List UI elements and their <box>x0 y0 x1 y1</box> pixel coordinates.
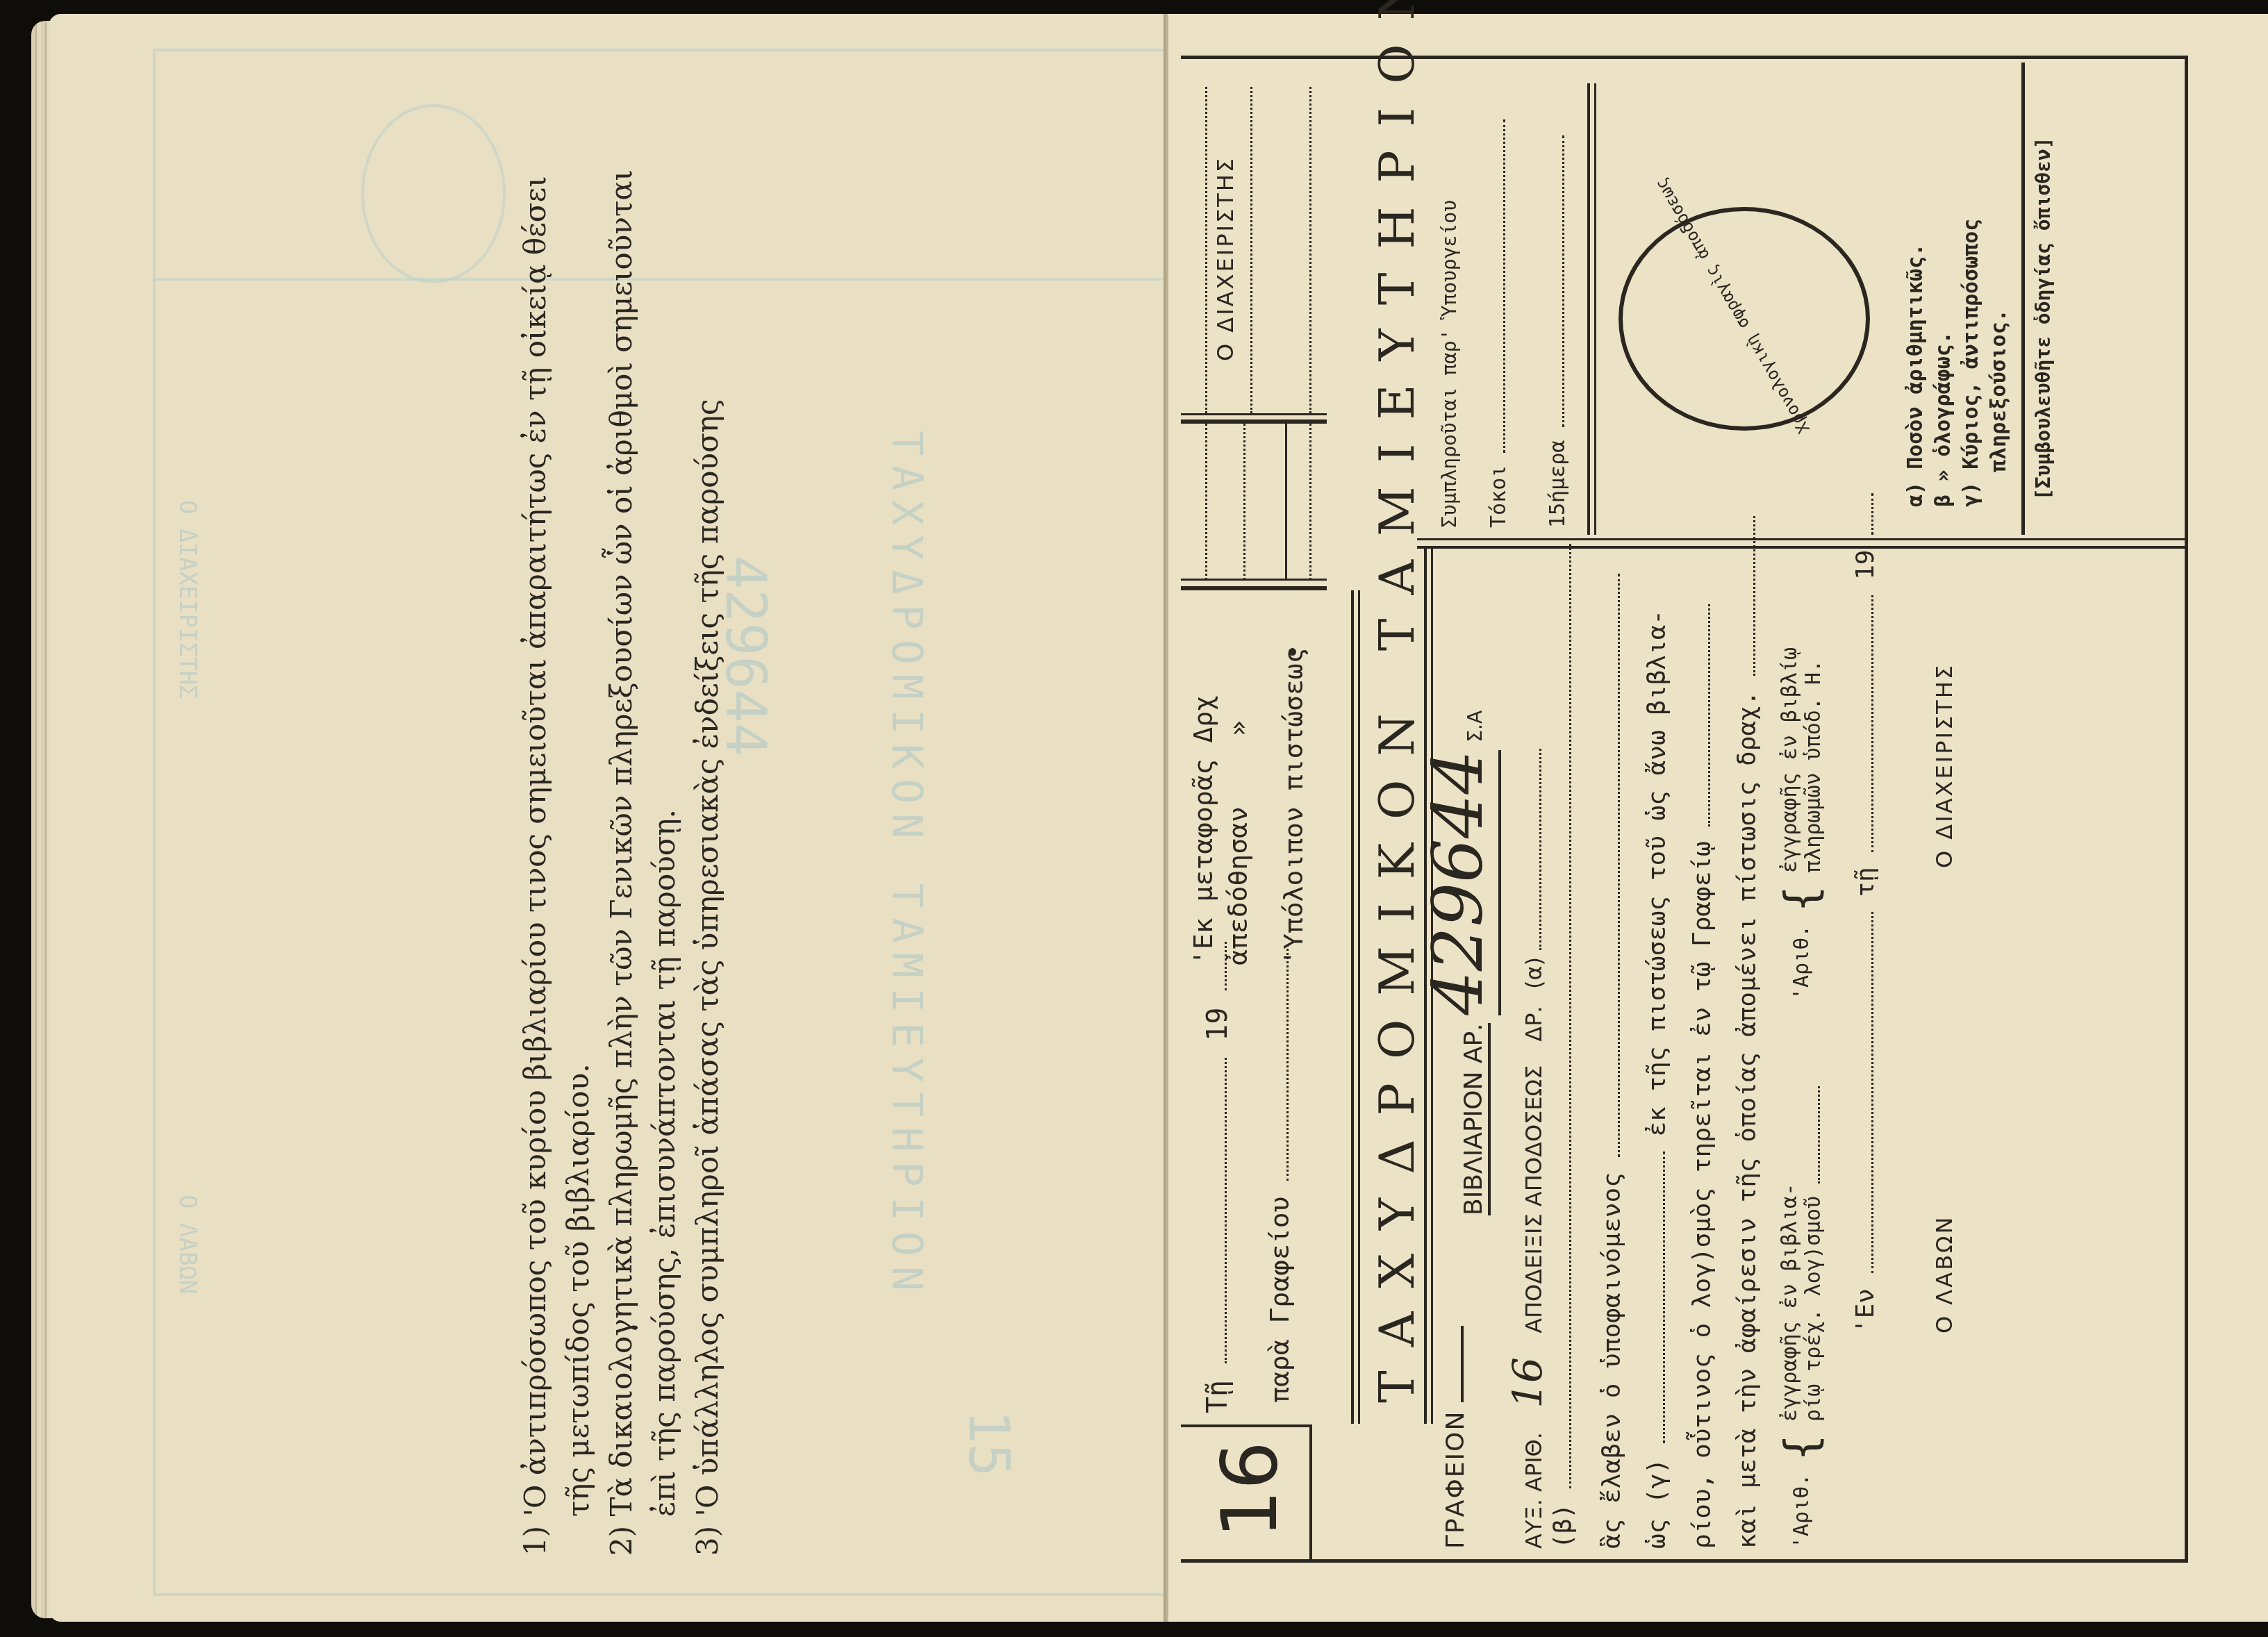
interest-field[interactable] <box>1503 119 1505 453</box>
date-field-main[interactable] <box>1871 595 1873 852</box>
entry-left-2: ρίῳ τρέχ. λογ)σμοῦ <box>1801 1196 1826 1422</box>
booklet-suffix: Σ.Α <box>1464 711 1487 742</box>
year-prefix: 19 <box>1202 1007 1234 1040</box>
interest-row: Τόκοι <box>1487 119 1511 528</box>
entry-left-field[interactable] <box>1818 1086 1820 1183</box>
footer-rule <box>2021 63 2025 535</box>
line-account-text: ρίου, οὗτινος ὁ λογ)σμὸς τηρεῖται ἐν τῷ … <box>1688 841 1716 1549</box>
manager-dots-3 <box>1309 87 1311 413</box>
receipt-label: ΑΠΟΔΕΙΞΙΣ ΑΠΟΔΟΣΕΩΣ <box>1521 1065 1547 1333</box>
box-number: 16 <box>1205 1441 1294 1538</box>
entry-left-label: 'Αριθ. <box>1789 1474 1814 1549</box>
line-received: ἃς ἔλαβεν ὁ ὑποφαινόμενος <box>1598 574 1626 1549</box>
ghost-stamp <box>361 104 506 283</box>
grid-dots-4 <box>1309 424 1311 580</box>
year-field-main[interactable] <box>1871 493 1873 535</box>
ghost-title: ΤΑΧΥΔΡΟΜΙΚΟΝ ΤΑΜΙΕΥΤΗΡΙΟΝ <box>882 431 931 1301</box>
grid-rule-4 <box>1181 413 1327 415</box>
amount-label: ΔΡ. <box>1521 1006 1547 1041</box>
side-panel-rule-a <box>1417 546 2185 549</box>
note-b: β » ὁλογράφως. <box>1931 331 1955 507</box>
top-double-rule-b <box>1358 590 1360 1424</box>
grid-rule-1 <box>1181 586 1327 590</box>
place-field[interactable] <box>1871 912 1873 1273</box>
line-balance-text: καὶ μετὰ τὴν ἀφαίρεσιν τῆς ὁποίας ἀπομέν… <box>1733 691 1762 1549</box>
fill-note: Συμπληροῦται παρ' Ὑπουργείου <box>1438 200 1461 528</box>
office-from-label: παρὰ Γραφείου <box>1264 1197 1295 1403</box>
returned-label: ἀπεδόθησαν <box>1223 806 1253 965</box>
line-received-text: ἃς ἔλαβεν ὁ ὑποφαινόμενος <box>1598 1172 1626 1549</box>
line-g-prefix: ὡς (γ) <box>1643 1459 1671 1549</box>
line-account: ρίου, οὗτινος ὁ λογ)σμὸς τηρεῖται ἐν τῷ … <box>1688 604 1716 1549</box>
date-label: τῇ <box>1851 867 1880 897</box>
balance-dot: • <box>1278 644 1309 660</box>
line-g: ὡς (γ) ἐκ τῆς πιστώσεως τοῦ ὡς ἄνω βιβλι… <box>1643 610 1671 1549</box>
ghost-box-number: 15 <box>957 1410 1021 1477</box>
interest-label: Τόκοι <box>1487 465 1511 528</box>
amount-field[interactable] <box>1539 749 1541 950</box>
te-label: Τῇ 19 <box>1202 942 1234 1413</box>
office-row: παρὰ Γραφείου <box>1264 945 1295 1403</box>
line-account-field[interactable] <box>1708 604 1710 826</box>
entry-right: 'Αριθ. { ἐγγραφῆς ἐν βιβλίῳ πληρωμῶν ὑπό… <box>1778 647 1826 1000</box>
note-c2: πληρεξούσιος. <box>1987 309 2011 472</box>
entry-left-1: ἐγγραφῆς ἐν βιβλια- <box>1778 1183 1802 1422</box>
ghost-manager: Ο ΔΙΑΧΕΙΡΙΣΤΗΣ <box>174 500 201 699</box>
line-g-field[interactable] <box>1663 1152 1665 1443</box>
note-c: γ) Κύριος, ἀντιπρόσωπος <box>1959 219 1983 507</box>
entry-right-1: ἐγγραφῆς ἐν βιβλίῳ <box>1778 647 1802 873</box>
top-manager-label: Ο ΔΙΑΧΕΙΡΙΣΤΗΣ <box>1212 156 1239 361</box>
office-from-field[interactable] <box>1286 945 1289 1181</box>
instruction-2-cont: ἐπὶ τῆς παρούσης, ἐπισυνάπτονται τῇ παρο… <box>643 69 686 1556</box>
office-field[interactable] <box>1461 1326 1464 1402</box>
balance-label: 'Υπόλοιπον πιστώσεως <box>1278 647 1309 965</box>
instruction-2: 2) Τὰ δικαιολογητικὰ πληρωμῆς πλὴν τῶν Γ… <box>600 69 643 1556</box>
transfer-label: 'Εκ μεταφορᾶς Δρχ <box>1188 695 1218 965</box>
line-balance-field[interactable] <box>1753 516 1755 676</box>
grid-rule-3 <box>1181 419 1327 424</box>
instruction-1-cont: τῆς μετωπίδος τοῦ βιβλιαρίου. <box>557 69 600 1556</box>
ghost-receiver: Ο ΛΑΒΩΝ <box>174 1195 201 1294</box>
receiver-label: Ο ΛΑΒΩΝ <box>1931 1215 1957 1333</box>
side-double-rule-b <box>1594 83 1596 535</box>
manager-dots-2 <box>1250 87 1252 413</box>
grid-solid-3 <box>1285 424 1287 580</box>
receipt-form: 16 Τῇ 19 'Εκ μεταφορᾶς Δρχ ἀπεδόθησαν » … <box>1181 63 2185 1563</box>
side-panel-rule-b <box>1417 538 2185 540</box>
line-g-suffix: ἐκ τῆς πιστώσεως τοῦ ὡς ἄνω βιβλια- <box>1643 610 1671 1137</box>
grid-dots-1 <box>1205 424 1207 580</box>
grid-rule-2 <box>1181 579 1327 581</box>
note-a: α) Ποσὸν ἀριθμητικῶς. <box>1903 244 1928 507</box>
entry-left: 'Αριθ. { ἐγγραφῆς ἐν βιβλια- ρίῳ τρέχ. λ… <box>1778 1086 1826 1549</box>
entry-right-label: 'Αριθ. <box>1789 925 1814 1000</box>
booklet-row: ΒΙΒΛΙΑΡΙΟΝ ΑΡ. 429644 Σ.Α <box>1417 711 1498 1215</box>
top-double-rule-a <box>1351 590 1354 1424</box>
date-field[interactable] <box>1225 1058 1227 1363</box>
booklet-number: 429644 <box>1417 750 1501 1015</box>
place-label: 'Εν <box>1851 1288 1880 1333</box>
line-b: (β) <box>1549 544 1578 1549</box>
signer-label: Ο ΔΙΑΧΕΙΡΙΣΤΗΣ <box>1931 663 1957 868</box>
fortnight-field[interactable] <box>1562 136 1564 428</box>
fortnight-row: 15ήμερα <box>1546 136 1570 529</box>
returned-quote: » <box>1223 720 1253 736</box>
side-double-rule-a <box>1587 83 1590 535</box>
serial-label: ΑΥΞ. ΑΡΙΘ. <box>1521 1432 1547 1549</box>
footer-note: [Συμβουλευθῆτε ὁδηγίας ὄπισθεν] <box>2032 137 2055 500</box>
office-label: ΓΡΑΦΕΙΟΝ <box>1441 1411 1470 1549</box>
fortnight-label: 15ήμερα <box>1546 440 1570 528</box>
instructions-block: 1) 'Ο ἀντιπρόσωπος τοῦ κυρίου βιβλιαρίου… <box>514 69 709 1556</box>
te-label-text: Τῇ <box>1202 1380 1234 1413</box>
line-b-field[interactable] <box>1569 544 1571 1488</box>
line-balance: καὶ μετὰ τὴν ἀφαίρεσιν τῆς ὁποίας ἀπομέν… <box>1733 516 1762 1549</box>
booklet-label: ΒΙΒΛΙΑΡΙΟΝ ΑΡ. <box>1459 1023 1491 1215</box>
serial-number: 16 <box>1504 1357 1551 1409</box>
line-received-field[interactable] <box>1618 574 1620 1157</box>
office-row-main: ΓΡΑΦΕΙΟΝ <box>1441 1326 1470 1549</box>
entry-right-2: πληρωμῶν ὑπόδ. Η. <box>1801 660 1826 873</box>
serial-row: ΑΥΞ. ΑΡΙΘ. 16 ΑΠΟΔΕΙΞΙΣ ΑΠΟΔΟΣΕΩΣ ΔΡ. (α… <box>1504 749 1551 1549</box>
place-date-row: 'Εν τῇ 19 <box>1851 493 1880 1333</box>
grid-dots-2 <box>1243 424 1245 580</box>
manager-dots-1 <box>1205 87 1207 413</box>
instruction-1: 1) 'Ο ἀντιπρόσωπος τοῦ κυρίου βιβλιαρίου… <box>514 69 557 1556</box>
line-b-label: (β) <box>1549 1504 1578 1549</box>
year-label: 19 <box>1851 550 1880 580</box>
amount-a: (α) <box>1521 957 1547 989</box>
instruction-3: 3) 'Ο ὑπάλληλος συμπληροῖ ἁπάσας τὰς ὑπη… <box>686 69 729 1556</box>
